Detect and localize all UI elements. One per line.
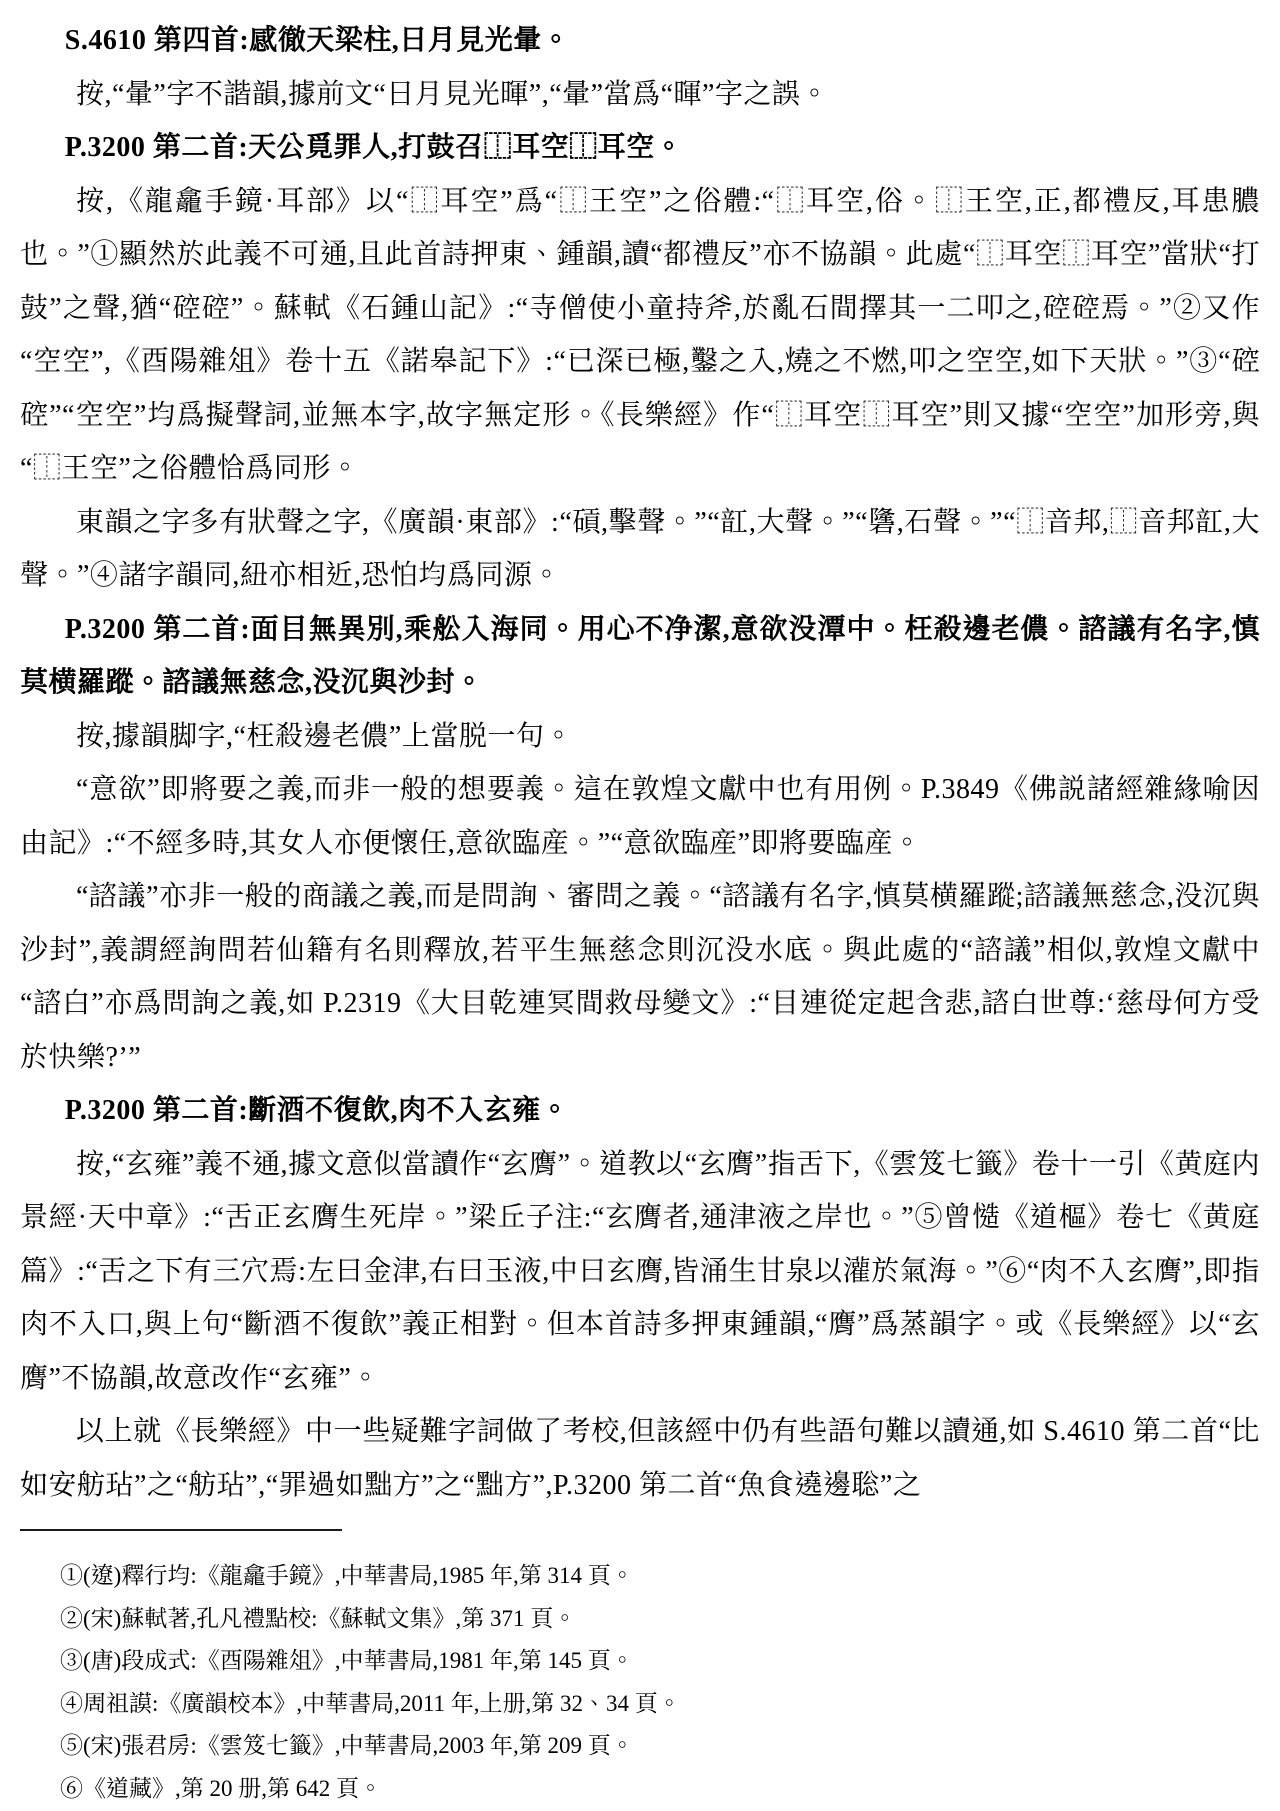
verse-heading-s4610-4: S.4610 第四首:感徹天梁柱,日月見光暈。 xyxy=(20,14,1260,68)
footnote-1: ①(遼)釋行均:《龍龕手鏡》,中華書局,1985 年,第 314 頁。 xyxy=(60,1555,1260,1598)
footnotes-block: ①(遼)釋行均:《龍龕手鏡》,中華書局,1985 年,第 314 頁。 ②(宋)… xyxy=(20,1555,1260,1810)
commentary-paragraph: “意欲”即將要之義,而非一般的想要義。這在敦煌文獻中也有用例。P.3849《佛説… xyxy=(20,763,1260,870)
commentary-paragraph: “諮議”亦非一般的商議之義,而是問詢、審問之義。“諮議有名字,慎莫横羅蹤;諮議無… xyxy=(20,870,1260,1084)
footnote-3: ③(唐)段成式:《酉陽雜俎》,中華書局,1981 年,第 145 頁。 xyxy=(60,1640,1260,1683)
commentary-paragraph: 按,《龍龕手鏡·耳部》以“⿰耳空”爲“⿰王空”之俗體:“⿰耳空,俗。⿰王空,正,… xyxy=(20,175,1260,496)
commentary-paragraph: 按,“暈”字不諧韻,據前文“日月見光暉”,“暈”當爲“暉”字之誤。 xyxy=(20,68,1260,122)
commentary-paragraph: 按,據韻脚字,“枉殺邊老儂”上當脱一句。 xyxy=(20,710,1260,764)
article-body: S.4610 第四首:感徹天梁柱,日月見光暈。 按,“暈”字不諧韻,據前文“日月… xyxy=(20,14,1260,1512)
verse-heading-p3200-drum: P.3200 第二首:天公覓罪人,打鼓召⿰耳空⿰耳空。 xyxy=(20,121,1260,175)
verse-heading-p3200-wine: P.3200 第二首:斷酒不復飲,肉不入玄雍。 xyxy=(20,1084,1260,1138)
footnote-4: ④周祖謨:《廣韻校本》,中華書局,2011 年,上册,第 32、34 頁。 xyxy=(60,1683,1260,1726)
commentary-paragraph: 按,“玄雍”義不通,據文意似當讀作“玄膺”。道教以“玄膺”指舌下,《雲笈七籤》卷… xyxy=(20,1138,1260,1406)
footnote-separator xyxy=(20,1529,342,1531)
footnote-6: ⑥《道藏》,第 20 册,第 642 頁。 xyxy=(60,1768,1260,1811)
conclusion-paragraph: 以上就《長樂經》中一些疑難字詞做了考校,但該經中仍有些語句難以讀通,如 S.46… xyxy=(20,1405,1260,1512)
document-page: S.4610 第四首:感徹天梁柱,日月見光暈。 按,“暈”字不諧韻,據前文“日月… xyxy=(0,0,1280,1811)
commentary-paragraph: 東韻之字多有狀聲之字,《廣韻·東部》:“碽,擊聲。”“䪦,大聲。”“䃧,石聲。”… xyxy=(20,496,1260,603)
footnote-5: ⑤(宋)張君房:《雲笈七籤》,中華書局,2003 年,第 209 頁。 xyxy=(60,1725,1260,1768)
verse-heading-p3200-sea: P.3200 第二首:面目無異別,乘舩入海同。用心不净潔,意欲没潭中。枉殺邊老儂… xyxy=(20,603,1260,710)
footnote-2: ②(宋)蘇軾著,孔凡禮點校:《蘇軾文集》,第 371 頁。 xyxy=(60,1598,1260,1641)
